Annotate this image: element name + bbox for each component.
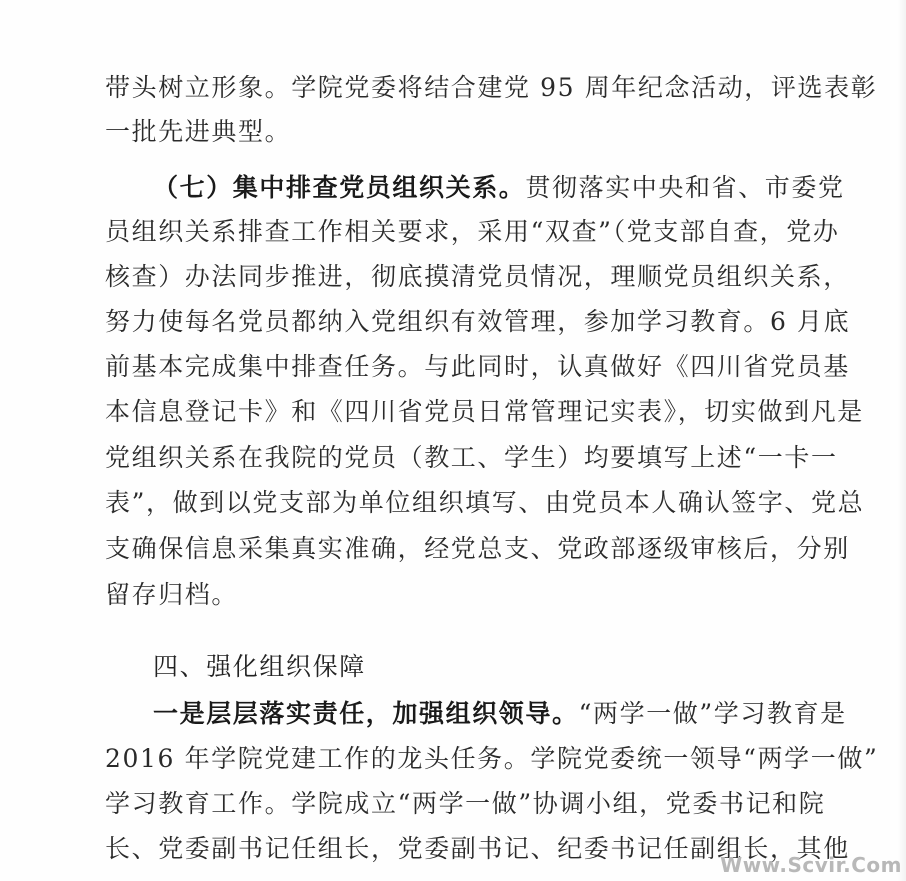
text-line: 长、党委副书记任组长，党委副书记、纪委书记任副组长，其他 [105, 827, 795, 871]
watermark: Www.Scvir.Com [720, 853, 902, 877]
text-line: 党组织关系在我院的党员（教工、学生）均要填写上述“一卡一 [105, 436, 795, 480]
subsection-title-bold: 一是层层落实责任，加强组织领导。 [153, 699, 579, 728]
text-line: 核查）办法同步推进，彻底摸清党员情况，理顺党员组织关系， [105, 255, 795, 299]
text-line: 本信息登记卡》和《四川省党员日常管理记实表》，切实做到凡是 [105, 390, 795, 434]
text-line: 前基本完成集中排查任务。与此同时，认真做好《四川省党员基 [105, 345, 795, 389]
text-line: 带头树立形象。学院党委将结合建党 95 周年纪念活动，评选表彰 [105, 66, 795, 110]
text-line: 表”，做到以党支部为单位组织填写、由党员本人确认签字、党总 [105, 481, 795, 525]
section-lead-line: （七）集中排查党员组织关系。贯彻落实中央和省、市委党 [153, 166, 795, 210]
text-span: “两学一做”学习教育是 [579, 699, 847, 728]
text-line: 一批先进典型。 [105, 110, 795, 154]
text-line: 支确保信息采集真实准确，经党总支、党政部逐级审核后，分别 [105, 527, 795, 571]
text-line: 努力使每名党员都纳入党组织有效管理，参加学习教育。6 月底 [105, 300, 795, 344]
page-edge-shadow [898, 0, 906, 881]
section-title-bold: （七）集中排查党员组织关系。 [153, 173, 525, 202]
text-line: 2016 年学院党建工作的龙头任务。学院党委统一领导“两学一做” [105, 737, 795, 781]
text-line: 员组织关系排查工作相关要求，采用“双查”（党支部自查，党办 [105, 210, 795, 254]
text-span: 贯彻落实中央和省、市委党 [525, 173, 844, 202]
text-line: 学习教育工作。学院成立“两学一做”协调小组，党委书记和院 [105, 782, 795, 826]
text-line: 留存归档。 [105, 573, 795, 617]
section-lead-line: 一是层层落实责任，加强组织领导。“两学一做”学习教育是 [153, 692, 795, 736]
document-page: 带头树立形象。学院党委将结合建党 95 周年纪念活动，评选表彰 一批先进典型。 … [0, 0, 906, 881]
section-heading: 四、强化组织保障 [153, 645, 366, 689]
